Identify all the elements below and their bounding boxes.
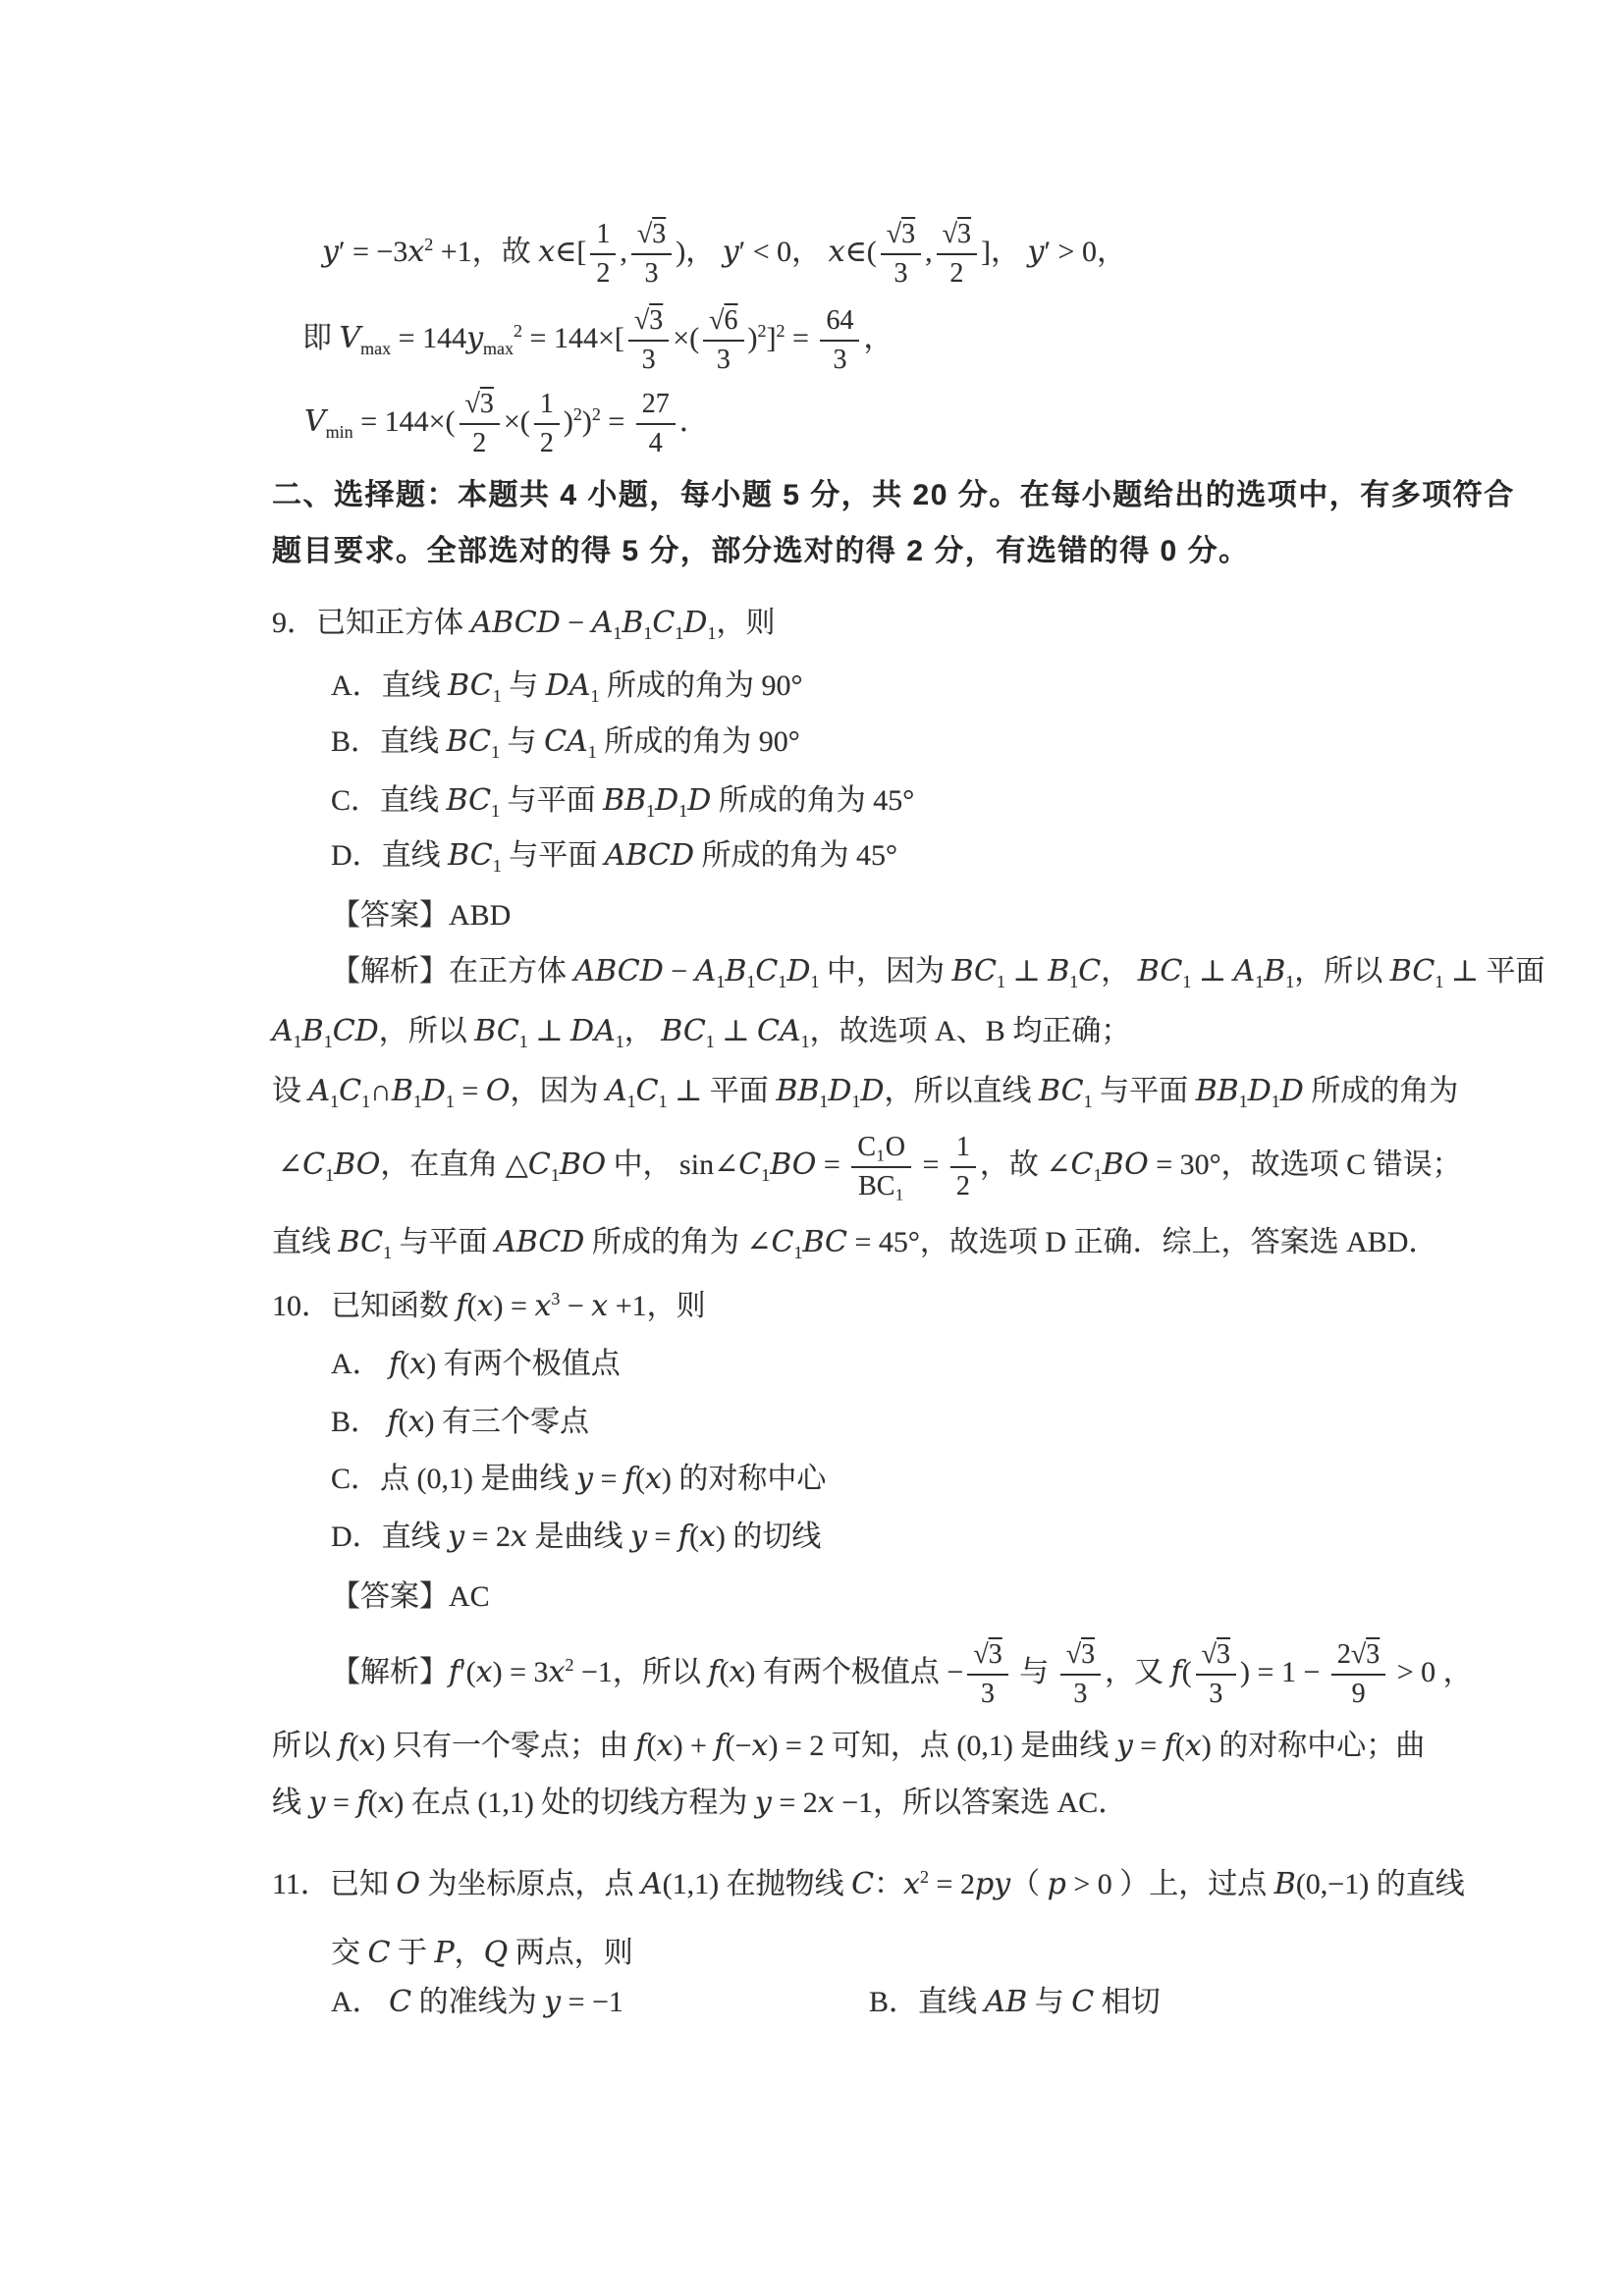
q9-solution-line-4: ∠C1BO，在直角 △C1BO 中， sin∠C1BO = C₁OBC₁ = 1… bbox=[278, 1132, 1462, 1202]
math-variable: y bbox=[576, 1462, 593, 1496]
text-run: 与平面 bbox=[1093, 1075, 1196, 1107]
text-run: = bbox=[785, 322, 817, 354]
text-run: = 144×( bbox=[353, 405, 456, 438]
text-run: ) = 3 bbox=[493, 1656, 549, 1688]
sqrt-radical: √3 bbox=[465, 389, 494, 419]
math-variable: x bbox=[538, 235, 555, 269]
text-run: 所以 bbox=[272, 1730, 339, 1762]
fraction: 12 bbox=[590, 219, 616, 290]
text-run: > 0 ， bbox=[1389, 1656, 1472, 1688]
text-run: ⊥ 平面 bbox=[1443, 955, 1544, 988]
math-variable: P bbox=[434, 1936, 454, 1970]
math-variable: f bbox=[339, 1729, 350, 1763]
math-variable: BC bbox=[339, 1225, 384, 1259]
subscript: 1 bbox=[294, 1032, 302, 1051]
subscript: 1 bbox=[383, 1243, 392, 1262]
math-variable: C bbox=[528, 1148, 551, 1182]
text-run: ( bbox=[689, 1521, 699, 1553]
text-run: = bbox=[593, 1463, 624, 1495]
math-variable: B bbox=[302, 1014, 324, 1048]
fraction: √33 bbox=[1060, 1639, 1101, 1710]
math-variable: V bbox=[304, 404, 326, 439]
text-run: = 144×[ bbox=[522, 322, 624, 354]
text-run: ) 的对称中心 bbox=[662, 1463, 827, 1495]
text-run: = −1 bbox=[561, 1986, 623, 2018]
fraction: 12 bbox=[950, 1132, 976, 1202]
math-variable: y bbox=[1028, 235, 1045, 269]
math-variable: x bbox=[409, 1347, 426, 1381]
text-run: 中，因为 bbox=[819, 955, 951, 988]
math-variable: y bbox=[309, 1786, 326, 1820]
subscript: 1 bbox=[493, 686, 502, 706]
math-variable: f bbox=[708, 1655, 719, 1689]
subscript: 1 bbox=[659, 1092, 668, 1111]
fraction: √33 bbox=[967, 1639, 1007, 1710]
text-run: ，所以直线 bbox=[885, 1075, 1040, 1107]
text-run: (1,1) 在抛物线 bbox=[663, 1868, 851, 1900]
fraction-denominator: 4 bbox=[636, 425, 676, 459]
sqrt-radical: √3 bbox=[887, 219, 915, 249]
math-variable: x bbox=[829, 235, 845, 269]
math-variable: DA bbox=[546, 668, 591, 703]
math-variable: D bbox=[828, 1074, 851, 1108]
text-run: 与 bbox=[500, 725, 544, 758]
text-run: ，则 bbox=[716, 607, 775, 639]
text-run: , bbox=[620, 236, 627, 268]
fraction-denominator: 3 bbox=[1196, 1676, 1236, 1710]
fraction-denominator: BC₁ bbox=[851, 1168, 911, 1202]
text-run: ，所以 bbox=[379, 1015, 475, 1047]
text-run: = 45°，故选项 D 正确．综上，答案选 ABD． bbox=[847, 1226, 1437, 1258]
text-run: ⊥ 平面 bbox=[668, 1075, 777, 1107]
math-variable: y bbox=[630, 1520, 647, 1554]
text-run: 与平面 bbox=[500, 784, 603, 817]
text-run: ( bbox=[400, 1348, 409, 1380]
math-variable: CD bbox=[333, 1014, 379, 1048]
section-header-line-2: 题目要求。全部选对的得 5 分，部分选对的得 2 分，有选错的得 0 分。 bbox=[272, 533, 1250, 570]
text-run: 与平面 bbox=[392, 1226, 495, 1258]
math-variable: x bbox=[476, 1655, 493, 1689]
math-variable: B bbox=[392, 1074, 413, 1108]
text-run: 所成的角为 90° bbox=[599, 669, 802, 702]
fraction: 274 bbox=[636, 389, 676, 459]
text-run: ′ > 0， bbox=[1044, 236, 1125, 268]
text-run: 于 bbox=[390, 1937, 434, 1969]
math-variable: BB bbox=[603, 783, 646, 818]
math-variable: x bbox=[591, 1289, 608, 1323]
math-variable: py bbox=[975, 1867, 1010, 1901]
text-run: ( bbox=[647, 1730, 657, 1762]
math-variable: BC bbox=[1390, 954, 1435, 988]
subscript: 1 bbox=[588, 742, 597, 762]
fraction: 2√39 bbox=[1331, 1639, 1385, 1710]
text-run: ，在直角 △ bbox=[380, 1148, 528, 1181]
text-run: > 0 ）上，过点 bbox=[1066, 1868, 1274, 1900]
subscript: 1 bbox=[706, 1032, 715, 1051]
superscript: 2 bbox=[514, 321, 522, 341]
q10-solution-line-2: 所以 f(x) 只有一个零点；由 f(x) + f(−x) = 2 可知，点 (… bbox=[272, 1728, 1425, 1765]
text-run: = bbox=[325, 1787, 356, 1819]
text-run: B． bbox=[331, 1406, 388, 1438]
subscript: min bbox=[326, 422, 353, 442]
text-run: +1，则 bbox=[608, 1290, 705, 1322]
text-run: ， bbox=[863, 322, 893, 354]
text-run: D．直线 bbox=[331, 1521, 448, 1553]
text-run: 与 bbox=[1027, 1986, 1071, 2018]
subscript: 1 bbox=[1182, 972, 1191, 991]
math-variable: B bbox=[1048, 954, 1069, 988]
math-variable: f bbox=[389, 1347, 400, 1381]
q10-option-b: B． f(x) 有三个零点 bbox=[331, 1404, 589, 1441]
text-run: （ bbox=[1010, 1868, 1048, 1900]
text-run: 题目要求。全部选对的得 5 分，部分选对的得 2 分，有选错的得 0 分。 bbox=[272, 535, 1250, 567]
math-variable: BC bbox=[802, 1225, 847, 1259]
subscript: max bbox=[360, 339, 391, 358]
text-run: B．直线 bbox=[331, 725, 447, 758]
math-variable: f bbox=[1171, 1655, 1182, 1689]
fraction-denominator: 3 bbox=[967, 1676, 1007, 1710]
text-run: ∠ bbox=[278, 1148, 302, 1181]
text-run: (− bbox=[726, 1730, 752, 1762]
text-run: 所成的角为 ∠ bbox=[584, 1226, 771, 1258]
q11-option-b: B．直线 AB 与 C 相切 bbox=[869, 1984, 1161, 2021]
math-variable: BC bbox=[447, 724, 492, 759]
subscript: 1 bbox=[1084, 1092, 1093, 1111]
math-variable: f bbox=[624, 1462, 635, 1496]
math-variable: f bbox=[457, 1289, 467, 1323]
calc-line-1: y′ = −3x2 +1，故 x∈[12,√33)， y′ < 0， x∈(√3… bbox=[322, 219, 1126, 290]
text-run: 【解析】在正方体 bbox=[331, 955, 574, 988]
text-run: B．直线 bbox=[869, 1986, 985, 2018]
math-variable: O bbox=[396, 1867, 420, 1901]
math-variable: Q bbox=[484, 1936, 509, 1970]
math-variable: A bbox=[1234, 954, 1256, 988]
fraction: √33 bbox=[881, 219, 921, 290]
math-variable: BC bbox=[951, 954, 997, 988]
subscript: 1 bbox=[761, 1165, 770, 1185]
fraction-denominator: 2 bbox=[534, 425, 560, 459]
subscript: 1 bbox=[616, 1032, 624, 1051]
math-variable: B bbox=[1264, 954, 1285, 988]
math-variable: C bbox=[302, 1148, 325, 1182]
math-variable: CA bbox=[757, 1014, 801, 1048]
q9-solution-line-1: 【解析】在正方体 ABCD − A1B1C1D1 中，因为 BC1 ⊥ B1C，… bbox=[331, 953, 1545, 990]
text-run: 的准线为 bbox=[411, 1986, 544, 2018]
math-variable: BC bbox=[474, 1014, 519, 1048]
text-run: ， bbox=[624, 1015, 662, 1047]
fraction: 643 bbox=[820, 305, 859, 376]
section-header-line-1: 二、选择题：本题共 4 小题，每小题 5 分，共 20 分。在每小题给出的选项中… bbox=[272, 477, 1515, 514]
fraction-numerator: √3 bbox=[628, 305, 669, 342]
text-run: ) 的对称中心；曲 bbox=[1202, 1730, 1426, 1762]
subscript: 1 bbox=[1094, 1165, 1103, 1185]
math-variable: x bbox=[477, 1289, 494, 1323]
math-variable: BO bbox=[560, 1148, 606, 1182]
text-run: ) + bbox=[674, 1730, 715, 1762]
text-run: ，故 ∠ bbox=[980, 1148, 1071, 1181]
fraction: 12 bbox=[534, 389, 560, 459]
sqrt-radical: √3 bbox=[1351, 1639, 1380, 1670]
math-variable: D bbox=[786, 954, 810, 988]
subscript: 1 bbox=[1435, 972, 1443, 991]
math-variable: BO bbox=[1103, 1148, 1149, 1182]
text-run: ′ < 0， bbox=[739, 236, 829, 268]
fraction-numerator: √3 bbox=[631, 219, 672, 255]
math-variable: B bbox=[1274, 1867, 1296, 1901]
text-run: ( bbox=[1175, 1730, 1185, 1762]
text-run: 是曲线 bbox=[527, 1521, 630, 1553]
text-run: 所成的角为 45° bbox=[711, 784, 914, 817]
text-run: ( bbox=[399, 1406, 408, 1438]
sqrt-radical: √3 bbox=[973, 1639, 1001, 1670]
subscript: 1 bbox=[1255, 972, 1264, 991]
text-run: ∈( bbox=[845, 236, 877, 268]
text-run: = bbox=[915, 1148, 947, 1181]
subscript: 1 bbox=[491, 801, 500, 821]
q9-solution-line-5: 直线 BC1 与平面 ABCD 所成的角为 ∠C1BC = 45°，故选项 D … bbox=[272, 1224, 1437, 1261]
fraction-denominator: 3 bbox=[631, 255, 672, 290]
text-run: ) bbox=[564, 405, 573, 438]
superscript: 2 bbox=[592, 404, 601, 424]
math-variable: BB bbox=[776, 1074, 819, 1108]
text-run: ] bbox=[767, 322, 777, 354]
math-variable: O bbox=[486, 1074, 511, 1108]
math-variable: BC bbox=[1138, 954, 1183, 988]
fraction-numerator: 64 bbox=[820, 305, 859, 342]
text-run: ，因为 bbox=[510, 1075, 606, 1107]
text-run: ) 只有一个零点；由 bbox=[376, 1730, 636, 1762]
text-run: = 2 bbox=[464, 1521, 511, 1553]
math-variable: BC bbox=[447, 783, 492, 818]
subscript: 1 bbox=[519, 1032, 528, 1051]
text-run: 【解析】 bbox=[331, 1656, 449, 1688]
math-variable: f bbox=[1164, 1729, 1175, 1763]
fraction-denominator: 2 bbox=[460, 425, 500, 459]
text-run: , bbox=[925, 236, 933, 268]
math-variable: BC bbox=[661, 1014, 706, 1048]
subscript: 1 bbox=[551, 1165, 560, 1185]
math-variable: ABCD bbox=[574, 954, 664, 988]
subscript: 1 bbox=[330, 1092, 339, 1111]
math-variable: y bbox=[723, 235, 739, 269]
math-variable: x bbox=[511, 1520, 527, 1554]
text-run: ， bbox=[1101, 955, 1138, 988]
fraction-denominator: 3 bbox=[820, 342, 859, 376]
text-run: A． bbox=[331, 1348, 389, 1380]
fraction: √33 bbox=[631, 219, 672, 290]
question-11-stem-line-1: 11．已知 O 为坐标原点，点 A(1,1) 在抛物线 C：x2 = 2py（ … bbox=[272, 1866, 1465, 1903]
fraction-numerator: √6 bbox=[703, 305, 743, 342]
text-run: C．点 (0,1) 是曲线 bbox=[331, 1463, 576, 1495]
math-variable: C bbox=[636, 1074, 659, 1108]
math-variable: f bbox=[388, 1405, 399, 1439]
text-run: ×( bbox=[673, 322, 699, 354]
math-variable: CA bbox=[544, 724, 588, 759]
subscript: 1 bbox=[493, 856, 502, 876]
math-variable: x bbox=[903, 1867, 920, 1901]
math-variable: C bbox=[755, 954, 778, 988]
calc-line-2: 即 Vmax = 144ymax2 = 144×[√33×(√63)2]2 = … bbox=[302, 305, 893, 376]
sqrt-radical: √3 bbox=[1202, 1639, 1230, 1670]
math-variable: D bbox=[422, 1074, 446, 1108]
math-variable: x bbox=[407, 235, 424, 269]
sqrt-radical: √3 bbox=[634, 305, 663, 336]
text-run: − bbox=[664, 955, 695, 988]
q9-option-d: D．直线 BC1 与平面 ABCD 所成的角为 45° bbox=[331, 837, 897, 875]
text-run: ) = bbox=[494, 1290, 535, 1322]
q11-option-a: A． C 的准线为 y = −1 bbox=[331, 1984, 623, 2021]
q10-solution-line-3: 线 y = f(x) 在点 (1,1) 处的切线方程为 y = 2x −1，所以… bbox=[272, 1785, 1127, 1822]
subscript: 1 bbox=[997, 972, 1005, 991]
text-run: ) bbox=[582, 405, 592, 438]
superscript: 2 bbox=[777, 321, 785, 341]
text-run: 中， sin∠ bbox=[606, 1148, 738, 1181]
text-run: )， bbox=[676, 236, 723, 268]
math-variable: A bbox=[592, 606, 614, 640]
text-run: 交 bbox=[331, 1937, 368, 1969]
math-variable: C bbox=[368, 1936, 391, 1970]
math-variable: AB bbox=[985, 1985, 1028, 2019]
math-variable: p bbox=[1048, 1867, 1066, 1901]
math-variable: x bbox=[1185, 1729, 1202, 1763]
text-run: 10．已知函数 bbox=[272, 1290, 457, 1322]
fraction-numerator: √3 bbox=[460, 389, 500, 425]
math-variable: B bbox=[622, 606, 643, 640]
text-run: 两点，则 bbox=[508, 1937, 633, 1969]
math-variable: A bbox=[641, 1867, 663, 1901]
text-run: 即 bbox=[302, 322, 340, 354]
q10-answer: 【答案】AC bbox=[331, 1578, 490, 1616]
fraction-denominator: 3 bbox=[881, 255, 921, 290]
math-variable: A bbox=[606, 1074, 627, 1108]
superscript: 2 bbox=[758, 321, 767, 341]
text-run: ． bbox=[679, 405, 709, 438]
text-run: 二、选择题：本题共 4 小题，每小题 5 分，共 20 分。在每小题给出的选项中… bbox=[272, 479, 1515, 511]
fraction-denominator: 2 bbox=[950, 1168, 976, 1202]
text-run: ) = 2 可知，点 (0,1) 是曲线 bbox=[768, 1730, 1115, 1762]
fraction: √32 bbox=[937, 219, 977, 290]
text-run: 为坐标原点，点 bbox=[420, 1868, 641, 1900]
fraction-denominator: 3 bbox=[628, 342, 669, 376]
fraction-numerator: √3 bbox=[1060, 1639, 1101, 1676]
text-run: 11．已知 bbox=[272, 1868, 396, 1900]
text-run: 【答案】AC bbox=[331, 1580, 490, 1613]
math-variable: f bbox=[636, 1729, 647, 1763]
text-run: ⊥ bbox=[1005, 955, 1048, 988]
text-run: ) 的切线 bbox=[716, 1521, 822, 1553]
sqrt-radical: √3 bbox=[943, 219, 971, 249]
text-run: = bbox=[1133, 1730, 1164, 1762]
q9-solution-line-3: 设 A1C1∩B1D1 = O，因为 A1C1 ⊥ 平面 BB1D1D，所以直线… bbox=[272, 1073, 1458, 1110]
subscript: 1 bbox=[324, 1032, 333, 1051]
math-variable: ABCD bbox=[471, 606, 561, 640]
q10-option-a: A． f(x) 有两个极值点 bbox=[331, 1346, 621, 1383]
text-run: A． bbox=[331, 1986, 389, 2018]
text-run: ) 有两个极值点 bbox=[426, 1348, 621, 1380]
question-11-stem-line-2: 交 C 于 P，Q 两点，则 bbox=[331, 1935, 633, 1972]
fraction-denominator: 3 bbox=[703, 342, 743, 376]
text-run: ： bbox=[874, 1868, 903, 1900]
text-run: = 2 bbox=[772, 1787, 818, 1819]
subscript: 1 bbox=[1272, 1092, 1280, 1111]
text-run: 【答案】ABD bbox=[331, 899, 511, 932]
fraction-denominator: 2 bbox=[590, 255, 616, 290]
math-variable: x bbox=[752, 1729, 769, 1763]
fraction-numerator: 2√3 bbox=[1331, 1639, 1385, 1676]
text-run: ∩ bbox=[370, 1075, 392, 1107]
text-run: = bbox=[816, 1148, 847, 1181]
exam-page: y′ = −3x2 +1，故 x∈[12,√33)， y′ < 0， x∈(√3… bbox=[0, 0, 1624, 2296]
math-variable: y bbox=[755, 1786, 772, 1820]
subscript: 1 bbox=[325, 1165, 334, 1185]
subscript: 1 bbox=[1069, 972, 1078, 991]
math-variable: A bbox=[695, 954, 717, 988]
text-run: − bbox=[560, 1290, 591, 1322]
math-variable: D bbox=[655, 783, 678, 818]
text-run: −1，所以 bbox=[573, 1656, 708, 1688]
text-run: − bbox=[561, 607, 592, 639]
math-variable: f bbox=[678, 1520, 689, 1554]
text-run: ，故选项 A、B 均正确； bbox=[810, 1015, 1131, 1047]
text-run: 所成的角为 90° bbox=[597, 725, 800, 758]
math-variable: C bbox=[771, 1225, 793, 1259]
text-run: ′ = −3 bbox=[339, 236, 407, 268]
math-variable: ABCD bbox=[495, 1225, 584, 1259]
text-run: ⊥ bbox=[528, 1015, 570, 1047]
q10-option-c: C．点 (0,1) 是曲线 y = f(x) 的对称中心 bbox=[331, 1461, 826, 1498]
subscript: max bbox=[483, 339, 514, 358]
q9-option-c: C．直线 BC1 与平面 BB1D1D 所成的角为 45° bbox=[331, 782, 914, 820]
math-variable: y bbox=[466, 321, 483, 355]
math-variable: x bbox=[729, 1655, 745, 1689]
fraction: C₁OBC₁ bbox=[851, 1132, 911, 1202]
q9-option-a: A．直线 BC1 与 DA1 所成的角为 90° bbox=[331, 667, 802, 705]
math-variable: C bbox=[339, 1074, 361, 1108]
math-variable: BC bbox=[1039, 1074, 1084, 1108]
text-run: 9．已知正方体 bbox=[272, 607, 471, 639]
math-variable: C bbox=[1078, 954, 1101, 988]
text-run: 所成的角为 45° bbox=[694, 839, 897, 872]
calc-line-3: Vmin = 144×(√32×(12)2)2 = 274． bbox=[304, 389, 709, 459]
text-run: ) 有两个极值点 − bbox=[745, 1656, 963, 1688]
q10-option-d: D．直线 y = 2x 是曲线 y = f(x) 的切线 bbox=[331, 1519, 821, 1556]
fraction-numerator: √3 bbox=[881, 219, 921, 255]
math-variable: D bbox=[1248, 1074, 1272, 1108]
math-variable: x bbox=[699, 1520, 716, 1554]
math-variable: D bbox=[683, 606, 707, 640]
math-variable: f bbox=[714, 1729, 725, 1763]
math-variable: BO bbox=[770, 1148, 816, 1182]
text-run: C．直线 bbox=[331, 784, 447, 817]
fraction: √33 bbox=[628, 305, 669, 376]
fraction-denominator: 2 bbox=[937, 255, 977, 290]
math-variable: f bbox=[356, 1786, 367, 1820]
math-variable: A bbox=[309, 1074, 331, 1108]
fraction-denominator: 3 bbox=[1060, 1676, 1101, 1710]
math-variable: BO bbox=[334, 1148, 380, 1182]
text-run: ，又 bbox=[1105, 1656, 1171, 1688]
math-variable: x bbox=[534, 1289, 551, 1323]
text-run: −1，所以答案选 AC． bbox=[835, 1787, 1128, 1819]
math-variable: y bbox=[544, 1985, 561, 2019]
fraction-numerator: √3 bbox=[1196, 1639, 1236, 1676]
superscript: 2 bbox=[920, 1867, 929, 1887]
fraction-numerator: 1 bbox=[590, 219, 616, 255]
superscript: 2 bbox=[573, 404, 582, 424]
math-variable: C bbox=[389, 1985, 411, 2019]
subscript: 1 bbox=[627, 1092, 636, 1111]
text-run: 线 bbox=[272, 1787, 309, 1819]
